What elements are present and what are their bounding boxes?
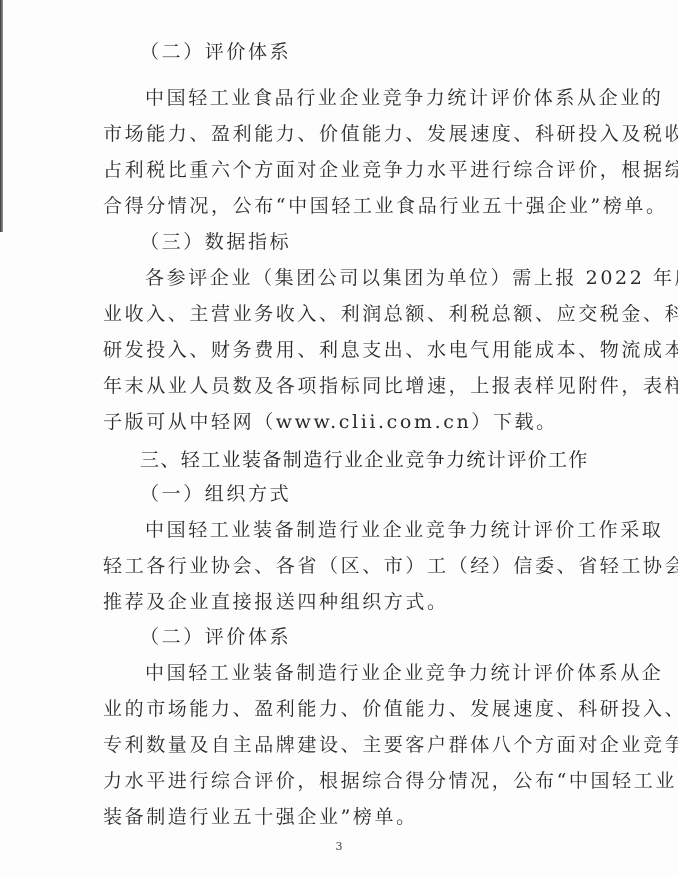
paragraph-line: 合得分情况，公布“中国轻工业食品行业五十强企业”榜单。 bbox=[103, 194, 579, 218]
paragraph-line: 业的市场能力、盈利能力、价值能力、发展速度、科研投入、 bbox=[103, 697, 579, 721]
paragraph-line: 中国轻工业装备制造行业企业竞争力统计评价体系从企 bbox=[145, 661, 579, 685]
paragraph-line: 子版可从中轻网（www.clii.com.cn）下载。 bbox=[103, 410, 579, 434]
paragraph-line: 推荐及企业直接报送四种组织方式。 bbox=[103, 590, 579, 614]
section-heading-organization: （一）组织方式 bbox=[140, 482, 616, 506]
page-number: 3 bbox=[0, 840, 678, 853]
section-heading-evaluation-system-food: （二）评价体系 bbox=[140, 40, 616, 64]
paragraph-line: 中国轻工业装备制造行业企业竞争力统计评价工作采取 bbox=[145, 518, 579, 542]
paragraph-line: 专利数量及自主品牌建设、主要客户群体八个方面对企业竞争 bbox=[103, 733, 579, 757]
section-heading-evaluation-system-equipment: （二）评价体系 bbox=[140, 625, 616, 649]
paragraph-line: 业收入、主营业务收入、利润总额、利税总额、应交税金、科技 bbox=[103, 302, 579, 326]
paragraph-line: 市场能力、盈利能力、价值能力、发展速度、科研投入及税收 bbox=[103, 122, 579, 146]
paragraph-line: 年末从业人员数及各项指标同比增速，上报表样见附件，表样电 bbox=[103, 374, 579, 398]
section-heading-data-indicators: （三）数据指标 bbox=[140, 230, 616, 254]
paragraph-line: 轻工各行业协会、各省（区、市）工（经）信委、省轻工协会 bbox=[103, 554, 579, 578]
paragraph-line: 装备制造行业五十强企业”榜单。 bbox=[103, 805, 579, 829]
paragraph-line: 研发投入、财务费用、利息支出、水电气用能成本、物流成本、 bbox=[103, 338, 579, 362]
paragraph-line: 中国轻工业食品行业企业竞争力统计评价体系从企业的 bbox=[145, 86, 579, 110]
paragraph-line: 占利税比重六个方面对企业竞争力水平进行综合评价，根据综 bbox=[103, 158, 579, 182]
document-page: （二）评价体系 中国轻工业食品行业企业竞争力统计评价体系从企业的 市场能力、盈利… bbox=[0, 0, 678, 877]
paragraph-line: 各参评企业（集团公司以集团为单位）需上报 2022 年度营 bbox=[145, 266, 579, 290]
paragraph-line: 力水平进行综合评价，根据综合得分情况，公布“中国轻工业 bbox=[103, 769, 579, 793]
chapter-heading-equipment-manufacturing: 三、轻工业装备制造行业企业竞争力统计评价工作 bbox=[140, 448, 616, 472]
